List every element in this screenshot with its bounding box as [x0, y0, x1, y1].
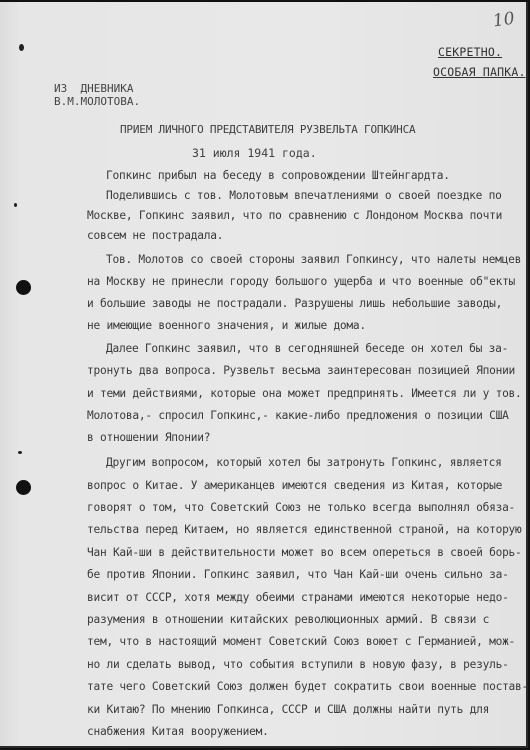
body-line: висит от СССР, хотя между обеими странам… [87, 591, 509, 604]
body-line: и большие заводы не пострадали. Разрушен… [87, 297, 502, 310]
body-line: вопрос о Китае. У американцев имеются св… [87, 479, 502, 492]
body-line: Москве, Гопкинс заявил, что по сравнению… [87, 209, 502, 222]
body-line: ки Китаю? По мнению Гопкинса, СССР и США… [87, 703, 489, 716]
body-line: и теми действиями, которые она может пре… [87, 387, 522, 400]
ink-speck [19, 44, 24, 51]
body-line: Молотова,- спросил Гопкинс,- какие-либо … [87, 409, 509, 422]
body-line: Гопкинс прибыл на беседу в сопровождении… [106, 169, 450, 182]
body-line: совсем не пострадала. [87, 229, 223, 242]
body-line: Поделившись с тов. Молотовым впечатления… [106, 189, 502, 202]
classification-secret: СЕКРЕТНО. [438, 45, 502, 59]
body-line: тем, что в настоящий момент Советский Со… [87, 635, 515, 648]
ink-speck [14, 203, 17, 207]
body-line: бе против Японии. Гопкинс заявил, что Ча… [87, 568, 509, 581]
document-title: ПРИЕМ ЛИЧНОГО ПРЕДСТАВИТЕЛЯ РУЗВЕЛЬТА ГО… [120, 123, 415, 136]
body-line: тельства перед Китаем, но является единс… [87, 523, 522, 536]
binder-hole [16, 280, 31, 295]
body-line: тронуть два вопроса. Рузвельт весьма заи… [87, 364, 515, 377]
body-line: Чан Кай-ши в действительности может во в… [87, 546, 522, 559]
source-line: ИЗ ДНЕВНИКА [54, 82, 133, 95]
body-line: говорят о том, что Советский Союз не тол… [87, 501, 515, 514]
body-line: Тов. Молотов со своей стороны заявил Гоп… [106, 253, 521, 266]
classification-special-folder: ОСОБАЯ ПАПКА. [433, 65, 526, 79]
body-line: Далее Гопкинс заявил, что в сегодняшней … [106, 342, 508, 355]
binder-hole [16, 480, 31, 495]
source-line: В.М.МОЛОТОВА. [54, 95, 140, 108]
document-page: 10 СЕКРЕТНО. ОСОБАЯ ПАПКА. ИЗ ДНЕВНИКА В… [0, 2, 528, 748]
source-heading: ИЗ ДНЕВНИКА В.М.МОЛОТОВА. [54, 82, 140, 108]
document-date: 31 июля 1941 года. [192, 146, 317, 160]
ink-speck [18, 451, 22, 454]
body-line: разумения в отношении китайских революци… [87, 613, 489, 626]
body-line: на Москву не принесли городу большого ущ… [87, 275, 515, 288]
body-line: в отношении Японии? [87, 431, 210, 444]
body-line: Другим вопросом, который хотел бы затрон… [106, 456, 502, 469]
body-line: снабжения Китая вооружением. [87, 725, 269, 738]
body-line: тате чего Советский Союз должен будет со… [87, 680, 528, 693]
handwritten-page-number: 10 [492, 9, 516, 32]
body-line: но ли сделать вывод, что события вступил… [87, 658, 509, 671]
body-line: не имеющие военного значения, и жилые до… [87, 319, 366, 332]
